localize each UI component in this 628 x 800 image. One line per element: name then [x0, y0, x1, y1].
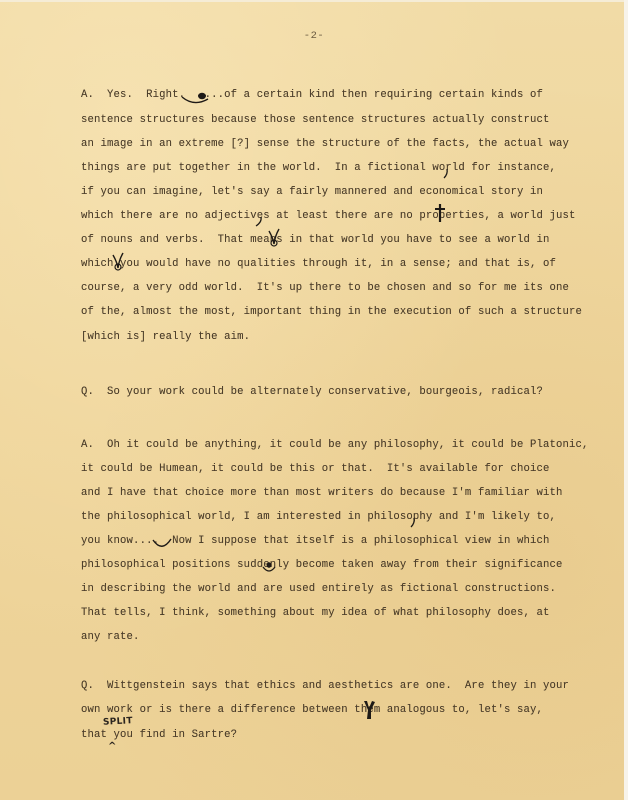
text-line: sentence structures because those senten… [81, 114, 550, 126]
correction-mark-icon [434, 203, 446, 223]
paper-top-edge [0, 0, 628, 2]
deletion-loop-mark-icon [267, 228, 281, 248]
text-line: and I have that choice more than most wr… [81, 487, 563, 499]
comma-insert-mark-icon [255, 216, 265, 228]
text-line: of the, almost the most, important thing… [81, 306, 582, 318]
comma-insert-mark-icon [409, 517, 417, 529]
text-line: which you would have no qualities throug… [81, 258, 556, 270]
text-line: A. Yes. Right. ...of a certain kind then… [81, 89, 543, 101]
question-line: Q. Wittgenstein says that ethics and aes… [81, 680, 569, 692]
text-line: [which is] really the aim. [81, 331, 250, 343]
text-line: the philosophical world, I am interested… [81, 511, 556, 523]
question-line: Q. So your work could be alternately con… [81, 386, 543, 398]
space-close-mark-icon [152, 537, 172, 551]
insert-caret: ^ [108, 741, 117, 752]
handwritten-insert: SPLIT [103, 716, 133, 728]
text-line: any rate. [81, 631, 140, 643]
paper-right-edge [624, 0, 628, 800]
text-line: things are put together in the world. In… [81, 162, 556, 174]
deletion-mark-icon [262, 560, 276, 574]
text-line: That tells, I think, something about my … [81, 607, 550, 619]
text-line: it could be Humean, it could be this or … [81, 463, 550, 475]
text-line: in describing the world and are used ent… [81, 583, 556, 595]
page-number: -2- [0, 30, 628, 42]
text-line: an image in an extreme [?] sense the str… [81, 138, 569, 150]
deletion-loop-mark-icon [111, 252, 125, 272]
text-line: if you can imagine, let's say a fairly m… [81, 186, 543, 198]
deletion-mark-icon [178, 88, 218, 106]
comma-insert-mark-icon [442, 168, 450, 180]
text-line: philosophical positions suddenly become … [81, 559, 563, 571]
text-line: of nouns and verbs. That means in that w… [81, 234, 550, 246]
text-line: A. Oh it could be anything, it could be … [81, 439, 589, 451]
text-line: which there are no adjectives at least t… [81, 210, 576, 222]
text-line: course, a very odd world. It's up there … [81, 282, 569, 294]
question-line: that you find in Sartre? [81, 729, 237, 741]
question-line: own work or is there a difference betwee… [81, 704, 543, 716]
correction-blot-mark-icon [362, 699, 376, 721]
typewritten-page: -2- A. Yes. Right. ...of a certain kind … [0, 0, 628, 800]
